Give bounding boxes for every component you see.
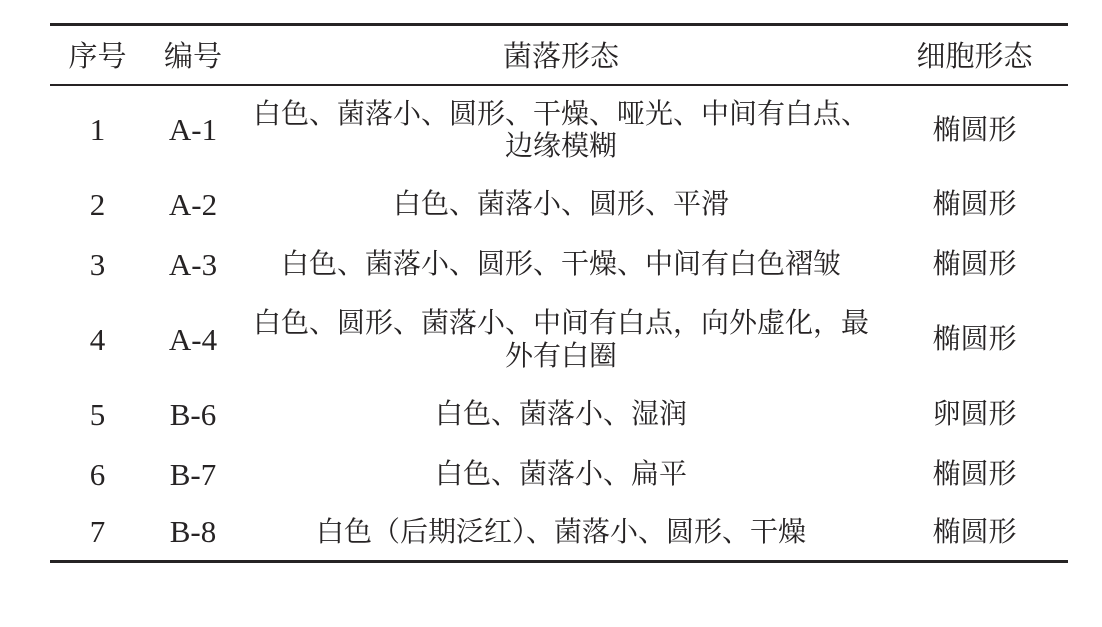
cell-morphology-cell: 椭圆形 [881,505,1068,562]
colony-morphology-text: 白色（后期泛红）、菌落小、圆形、干燥 [316,516,806,548]
colony-morphology-text: 白色、菌落小、湿润 [435,398,687,430]
table-row: 3 A-3 白色、菌落小、圆形、干燥、中间有白色褶皱 椭圆形 [50,235,1068,295]
colony-morphology-text: 白色、菌落小、圆形、干燥、哑光、中间有白点、边缘模糊 [251,98,871,163]
colony-morphology-text: 白色、菌落小、扁平 [435,458,687,490]
index-cell: 3 [50,235,145,295]
index-cell: 4 [50,295,145,385]
table-row: 7 B-8 白色（后期泛红）、菌落小、圆形、干燥 椭圆形 [50,505,1068,562]
colony-morphology-cell: 白色、菌落小、圆形、平滑 [241,175,881,235]
code-cell: B-8 [145,505,241,562]
code-cell: B-6 [145,385,241,445]
colony-morphology-text: 白色、圆形、菌落小、中间有白点，向外虚化，最外有白圈 [251,307,871,372]
index-cell: 6 [50,445,145,505]
index-cell: 5 [50,385,145,445]
column-header-code: 编号 [145,25,241,85]
code-cell: A-1 [145,85,241,175]
index-cell: 2 [50,175,145,235]
table-row: 1 A-1 白色、菌落小、圆形、干燥、哑光、中间有白点、边缘模糊 椭圆形 [50,85,1068,175]
cell-morphology-cell: 椭圆形 [881,445,1068,505]
index-cell: 7 [50,505,145,562]
cell-morphology-cell: 椭圆形 [881,295,1068,385]
table-row: 2 A-2 白色、菌落小、圆形、平滑 椭圆形 [50,175,1068,235]
colony-morphology-cell: 白色、菌落小、圆形、干燥、哑光、中间有白点、边缘模糊 [241,85,881,175]
code-cell: B-7 [145,445,241,505]
table-row: 6 B-7 白色、菌落小、扁平 椭圆形 [50,445,1068,505]
column-header-index: 序号 [50,25,145,85]
colony-cell-morphology-table: 序号 编号 菌落形态 细胞形态 1 A-1 白色、菌落小、圆形、干燥、哑光、中间… [50,23,1068,563]
code-cell: A-2 [145,175,241,235]
column-header-cell: 细胞形态 [881,25,1068,85]
code-cell: A-4 [145,295,241,385]
colony-morphology-cell: 白色、圆形、菌落小、中间有白点，向外虚化，最外有白圈 [241,295,881,385]
cell-morphology-cell: 椭圆形 [881,235,1068,295]
colony-morphology-cell: 白色（后期泛红）、菌落小、圆形、干燥 [241,505,881,562]
table-row: 4 A-4 白色、圆形、菌落小、中间有白点，向外虚化，最外有白圈 椭圆形 [50,295,1068,385]
index-cell: 1 [50,85,145,175]
colony-morphology-text: 白色、菌落小、圆形、平滑 [393,188,729,220]
table-row: 5 B-6 白色、菌落小、湿润 卵圆形 [50,385,1068,445]
paper-page: 序号 编号 菌落形态 细胞形态 1 A-1 白色、菌落小、圆形、干燥、哑光、中间… [0,0,1102,627]
colony-morphology-cell: 白色、菌落小、圆形、干燥、中间有白色褶皱 [241,235,881,295]
column-header-colony: 菌落形态 [241,25,881,85]
colony-morphology-text: 白色、菌落小、圆形、干燥、中间有白色褶皱 [281,248,841,280]
cell-morphology-cell: 椭圆形 [881,85,1068,175]
colony-morphology-cell: 白色、菌落小、扁平 [241,445,881,505]
colony-morphology-cell: 白色、菌落小、湿润 [241,385,881,445]
cell-morphology-cell: 椭圆形 [881,175,1068,235]
header-row: 序号 编号 菌落形态 细胞形态 [50,25,1068,85]
code-cell: A-3 [145,235,241,295]
cell-morphology-cell: 卵圆形 [881,385,1068,445]
